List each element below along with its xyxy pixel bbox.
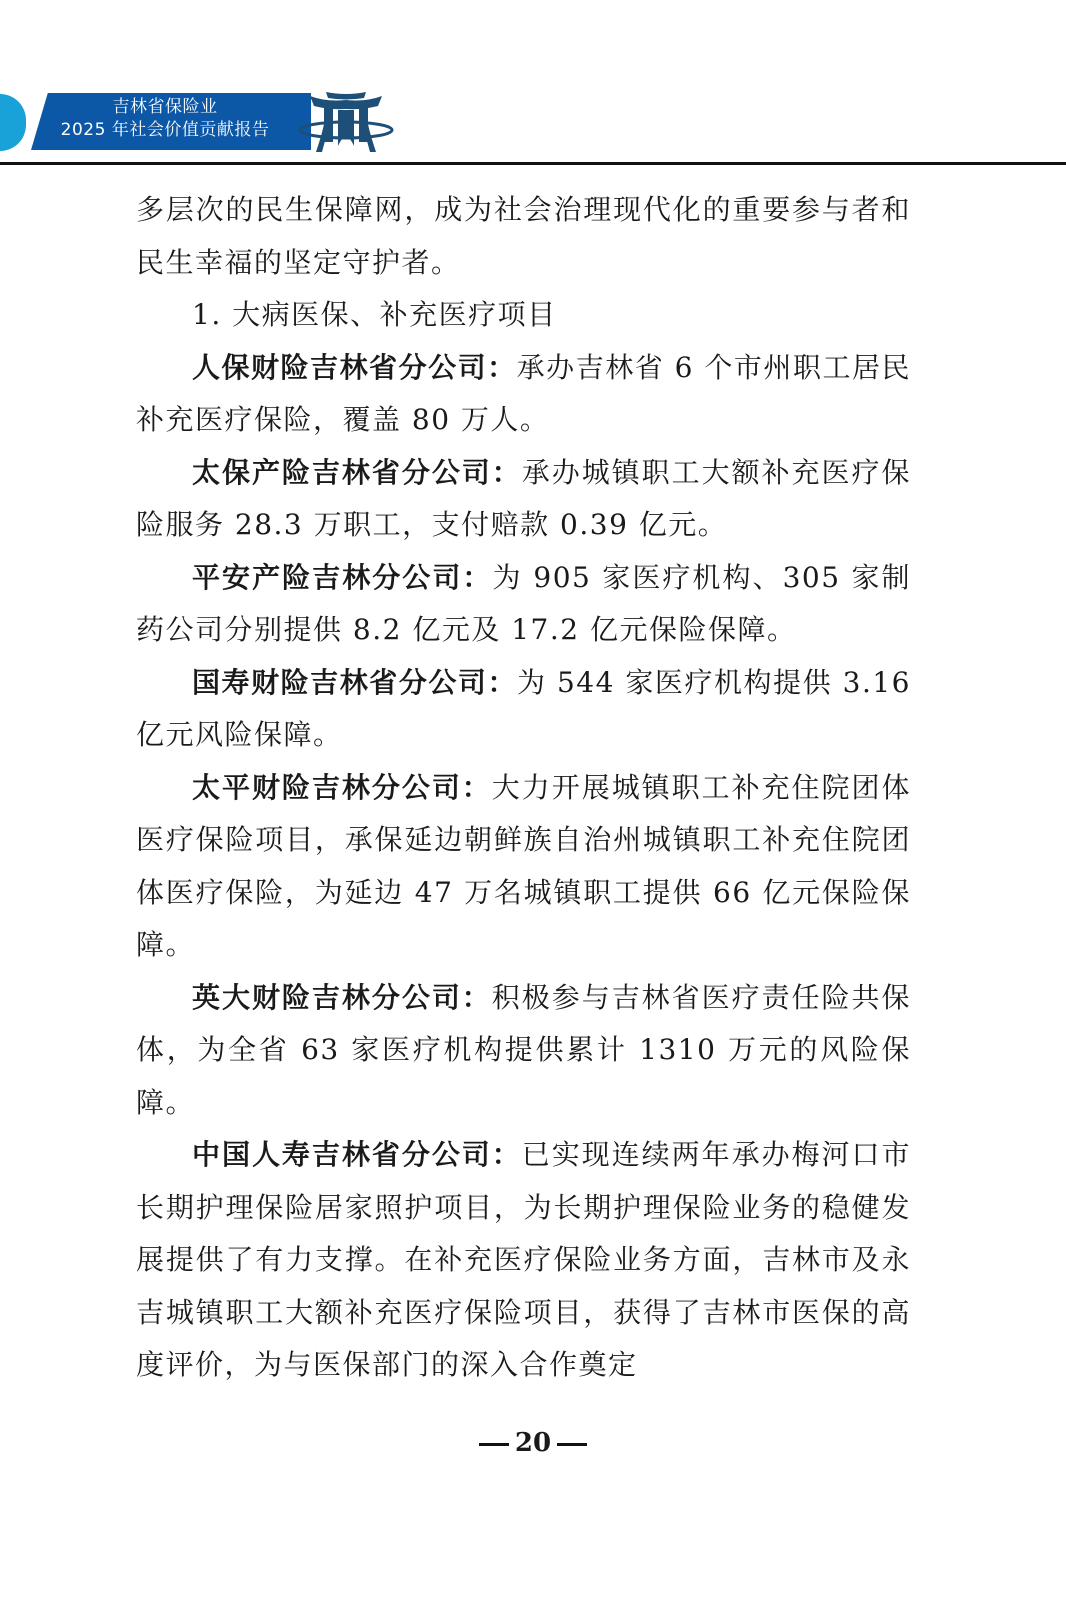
company-name: 人保财险吉林省分公司： bbox=[192, 351, 517, 384]
company-name: 太平财险吉林分公司： bbox=[192, 771, 492, 804]
banner-separator bbox=[18, 92, 32, 153]
company-name: 英大财险吉林分公司： bbox=[192, 981, 492, 1014]
entry-text: 已实现连续两年承办梅河口市长期护理保险居家照护项目，为长期护理保险业务的稳健发展… bbox=[136, 1138, 911, 1381]
page-dash-left bbox=[479, 1443, 509, 1446]
entry-paragraph: 人保财险吉林省分公司：承办吉林省 6 个市州职工居民补充医疗保险，覆盖 80 万… bbox=[136, 342, 911, 447]
page-footer: 20 bbox=[0, 1428, 1066, 1458]
report-title-line1: 吉林省保险业 bbox=[40, 96, 290, 119]
report-title: 吉林省保险业 2025 年社会价值贡献报告 bbox=[40, 96, 290, 142]
entry-paragraph: 平安产险吉林分公司：为 905 家医疗机构、305 家制药公司分别提供 8.2 … bbox=[136, 552, 911, 657]
page-number: 20 bbox=[515, 1428, 551, 1458]
report-header: 吉林省保险业 2025 年社会价值贡献报告 bbox=[0, 88, 1066, 168]
entry-paragraph: 英大财险吉林分公司：积极参与吉林省医疗责任险共保体，为全省 63 家医疗机构提供… bbox=[136, 972, 911, 1130]
page-dash-right bbox=[557, 1443, 587, 1446]
entry-paragraph: 太平财险吉林分公司：大力开展城镇职工补充住院团体医疗保险项目，承保延边朝鲜族自治… bbox=[136, 762, 911, 972]
entry-paragraph: 国寿财险吉林省分公司：为 544 家医疗机构提供 3.16 亿元风险保障。 bbox=[136, 657, 911, 762]
intro-continuation: 多层次的民生保障网，成为社会治理现代化的重要参与者和民生幸福的坚定守护者。 bbox=[136, 184, 911, 289]
document-body: 多层次的民生保障网，成为社会治理现代化的重要参与者和民生幸福的坚定守护者。 1.… bbox=[136, 184, 911, 1392]
pavilion-logo-icon bbox=[296, 88, 396, 154]
company-name: 太保产险吉林省分公司： bbox=[192, 456, 522, 489]
entry-paragraph: 中国人寿吉林省分公司：已实现连续两年承办梅河口市长期护理保险居家照护项目，为长期… bbox=[136, 1129, 911, 1392]
company-name: 国寿财险吉林省分公司： bbox=[192, 666, 517, 699]
section-heading: 1. 大病医保、补充医疗项目 bbox=[136, 289, 911, 342]
header-divider bbox=[0, 162, 1066, 165]
company-name: 平安产险吉林分公司： bbox=[192, 561, 492, 594]
company-name: 中国人寿吉林省分公司： bbox=[192, 1138, 522, 1171]
entry-paragraph: 太保产险吉林省分公司：承办城镇职工大额补充医疗保险服务 28.3 万职工，支付赔… bbox=[136, 447, 911, 552]
report-title-line2: 2025 年社会价值贡献报告 bbox=[40, 119, 290, 142]
